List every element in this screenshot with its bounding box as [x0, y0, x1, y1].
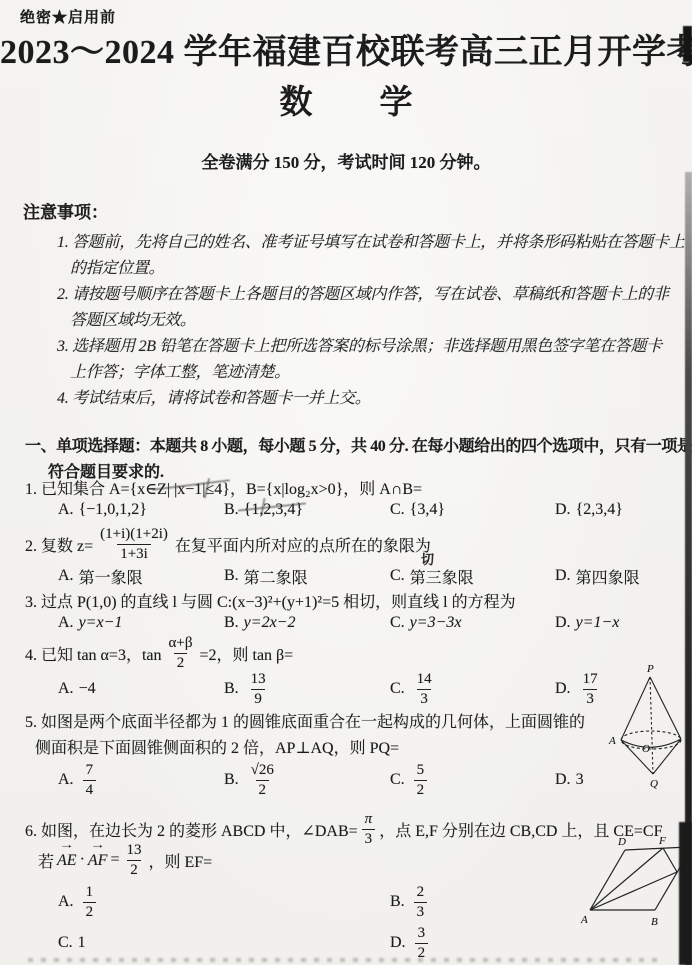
option-text: y=3−3x: [410, 614, 462, 632]
option-label: A.: [58, 771, 74, 789]
fraction: 132: [123, 842, 144, 878]
option-label: C.: [390, 501, 405, 519]
fraction: √262: [248, 762, 277, 798]
q4-option-c: C.143: [390, 666, 439, 712]
fraction: 143: [414, 671, 435, 707]
option-text: 第一象限: [79, 565, 143, 588]
q3-option-d: D.y=1−x: [555, 613, 619, 633]
vector-ae: →AE: [57, 850, 77, 870]
option-label: D.: [555, 614, 571, 632]
question-5-stem-line-1: 5. 如图是两个底面半径都为 1 的圆锥底面重合在一起构成的几何体，上面圆锥的: [25, 709, 585, 732]
fraction-denominator: 3: [362, 829, 376, 848]
figure-label-a: A: [608, 735, 616, 747]
segment-ae: [590, 872, 677, 910]
q5-option-d: D.3: [555, 756, 584, 804]
q5-option-a: A.74: [58, 756, 100, 804]
fraction-denominator: 1+3i: [117, 544, 151, 563]
axis-dashed: [650, 677, 653, 774]
option-label: A.: [58, 567, 74, 585]
fraction-numerator: π: [362, 811, 376, 829]
option-label: A.: [58, 614, 74, 632]
q1-option-c: C.{3,4}: [390, 500, 445, 520]
q6-option-a: A.12: [58, 882, 100, 922]
q5-option-c: C.52: [390, 756, 431, 804]
option-label: B.: [224, 771, 239, 789]
question-6-stem-line-2: 若 →AE · →AF = 132 ，则 EF=: [38, 840, 212, 880]
q5-option-b: B.√262: [224, 756, 281, 804]
fraction-denominator: 4: [83, 780, 97, 799]
q4-stem-prefix: 4. 已知 tan α=3，tan: [25, 642, 162, 665]
fraction-denominator: 2: [127, 860, 141, 879]
option-text: {3,4}: [410, 501, 445, 519]
vector-af: →AF: [88, 850, 108, 870]
option-label: D.: [390, 934, 406, 952]
exam-info: 全卷满分 150 分，考试时间 120 分钟。: [0, 148, 692, 173]
figure-label-f: F: [658, 835, 666, 847]
bicone-figure: P A O Q: [608, 662, 692, 790]
subject-title: 数学: [0, 76, 692, 123]
figure-label-p: P: [646, 663, 654, 675]
fraction-denominator: 2: [256, 780, 270, 799]
fraction-numerator: 17: [580, 671, 601, 689]
subject-char-2: 学: [380, 85, 413, 121]
fraction-denominator: 2: [414, 780, 428, 799]
exam-paper: 绝密★启用前 2023～2024 学年福建百校联考高三正月开学考 数学 全卷满分…: [0, 0, 692, 965]
vector-text: AF: [88, 852, 108, 869]
q4-option-b: B.139: [224, 666, 273, 712]
segment-af: [590, 848, 663, 910]
option-label: A.: [58, 501, 74, 519]
fraction: 12: [83, 884, 97, 920]
q6-option-c: C.1: [58, 924, 86, 962]
figure-label-d: D: [617, 836, 626, 848]
figure-label-o: O: [642, 743, 650, 755]
q6-stem-prefix: 6. 如图，在边长为 2 的菱形 ABCD 中，∠DAB=: [25, 818, 358, 841]
option-label: C.: [390, 680, 405, 698]
q6-line2-prefix: 若: [38, 849, 54, 872]
fraction-denominator: 3: [414, 902, 428, 921]
fraction: 52: [414, 762, 428, 798]
q4-option-d: D.173: [555, 666, 605, 712]
option-text: −4: [79, 680, 96, 698]
q6-line2-suffix: ，则 EF=: [148, 849, 212, 872]
option-text: y=2x−2: [244, 614, 296, 632]
question-5-stem-line-2: 侧面积是下面圆锥侧面积的 2 倍，AP⊥AQ，则 PQ=: [35, 735, 399, 758]
q4-stem-suffix: =2，则 tan β=: [199, 642, 293, 665]
cone-edge: [621, 677, 650, 740]
notice-heading: 注意事项：: [23, 198, 108, 223]
q6-option-d: D.32: [390, 924, 432, 962]
fraction-denominator: 3: [417, 689, 431, 708]
fraction-numerator: 13: [248, 671, 269, 689]
q3-option-a: A.y=x−1: [58, 613, 122, 633]
subject-char-1: 数: [280, 85, 313, 121]
option-label: A.: [58, 893, 74, 911]
option-text: {−1,0,1,2}: [79, 501, 147, 519]
question-2-stem: 2. 复数 z= (1+i)(1+2i)1+3i 在复平面内所对应的点所在的象限…: [25, 518, 431, 570]
option-label: D.: [555, 680, 571, 698]
question-5-options: A.74 B.√262 C.52 D.3: [0, 756, 692, 804]
option-label: C.: [390, 771, 405, 789]
q2-option-d: D.第四象限: [555, 566, 640, 586]
fraction: 32: [415, 925, 429, 961]
option-label: C.: [390, 567, 405, 585]
notice-item-2-line-2: 答题区域均无效。: [70, 307, 196, 330]
q2-option-b: B.第二象限: [224, 566, 308, 586]
fraction-numerator: 14: [414, 671, 435, 689]
exam-title: 2023～2024 学年福建百校联考高三正月开学考: [0, 24, 692, 73]
fraction-numerator: 7: [83, 762, 97, 780]
fraction-numerator: α+β: [166, 635, 196, 653]
q2-stem-suffix: 在复平面内所对应的点所在的象限为: [175, 533, 431, 556]
vector-text: AE: [57, 852, 77, 869]
notice-item-3-line-1: 3. 选择题用 2B 铅笔在答题卡上把所选答案的标号涂黑；非选择题用黑色签字笔在…: [57, 333, 662, 356]
cut-off-text-smudge: [28, 958, 658, 962]
scan-edge-artifact: [679, 822, 692, 965]
fraction-denominator: 9: [251, 689, 265, 708]
option-text: 第三象限: [410, 565, 474, 588]
option-text: 1: [78, 934, 86, 952]
base-circle-dashed: [621, 731, 681, 749]
q1-option-a: A.{−1,0,1,2}: [58, 500, 147, 520]
question-3-stem: 3. 过点 P(1,0) 的直线 l 与圆 C:(x−3)²+(y+1)²=5 …: [25, 589, 516, 612]
q4-option-a: A.−4: [58, 666, 96, 712]
fraction: 74: [83, 762, 97, 798]
q2-stem-prefix: 2. 复数 z=: [25, 533, 93, 556]
option-label: B.: [224, 614, 239, 632]
scan-edge-artifact: [683, 26, 692, 62]
notice-item-3-line-2: 上作答；字体工整，笔迹清楚。: [70, 359, 290, 382]
option-text: 3: [576, 771, 584, 789]
fraction-numerator: 3: [415, 925, 429, 943]
option-label: C.: [58, 934, 73, 952]
dot-operator: ·: [80, 851, 85, 869]
figure-label-a: A: [580, 914, 588, 926]
figure-label-b: B: [651, 916, 658, 928]
question-3-options: A.y=x−1 B.y=2x−2 C.y=3−3x D.y=1−x: [0, 613, 692, 633]
q3-option-b: B.y=2x−2: [224, 613, 295, 633]
option-label: B.: [224, 501, 239, 519]
fraction-numerator: (1+i)(1+2i): [97, 526, 171, 544]
q3-option-c: C.y=3−3x: [390, 613, 461, 633]
segment-fe: [663, 848, 677, 872]
option-text: 第四象限: [576, 565, 640, 588]
fraction-numerator: 5: [414, 762, 428, 780]
fraction-numerator: 1: [83, 884, 97, 902]
option-label: B.: [390, 893, 405, 911]
question-1-options: A.{−1,0,1,2} B.{1,2,3,4} C.{3,4} D.{2,3,…: [0, 500, 692, 520]
notice-item-2-line-1: 2. 请按题号顺序在答题卡上各题目的答题区域内作答，写在试卷、草稿纸和答题卡上的…: [57, 281, 669, 304]
notice-item-1-line-1: 1. 答题前，先将自己的姓名、准考证号填写在试卷和答题卡上，并将条形码粘贴在答题…: [57, 229, 684, 252]
fraction: 139: [248, 671, 269, 707]
equals-sign: =: [110, 851, 119, 869]
fraction: 23: [414, 884, 428, 920]
fraction-denominator: 3: [583, 689, 597, 708]
option-text: y=1−x: [576, 614, 620, 632]
fraction: 173: [580, 671, 601, 707]
question-2-options: A.第一象限 B.第二象限 C.第三象限 D.第四象限: [0, 566, 692, 586]
q2-option-a: A.第一象限: [58, 566, 143, 586]
option-label: D.: [555, 771, 571, 789]
rhombus-figure: D F E A B: [580, 835, 692, 930]
option-text: 第二象限: [244, 565, 308, 588]
option-label: C.: [390, 614, 405, 632]
option-label: D.: [555, 501, 571, 519]
option-label: D.: [555, 567, 571, 585]
fraction-numerator: 2: [414, 884, 428, 902]
fraction-denominator: 2: [83, 902, 97, 921]
question-4-options: A.−4 B.139 C.143 D.173: [0, 666, 692, 712]
q2-option-c: C.第三象限: [390, 566, 474, 586]
cone-edge: [650, 677, 681, 739]
notice-item-4: 4. 考试结束后，请将试卷和答题卡一并上交。: [57, 385, 370, 408]
side-ad: [590, 850, 625, 910]
figure-label-q: Q: [650, 778, 658, 790]
option-label: A.: [58, 680, 74, 698]
vector-arrow-icon: →: [52, 840, 81, 851]
vector-arrow-icon: →: [83, 840, 112, 851]
option-label: B.: [224, 567, 239, 585]
fraction-numerator: 13: [123, 842, 144, 860]
option-label: B.: [224, 680, 239, 698]
option-text: y=x−1: [79, 614, 123, 632]
q6-option-b: B.23: [390, 882, 431, 922]
notice-item-1-line-2: 的指定位置。: [70, 255, 164, 278]
fraction: π3: [362, 811, 376, 847]
fraction: (1+i)(1+2i)1+3i: [97, 526, 171, 562]
section-heading-line-1: 一、单项选择题：本题共 8 小题，每小题 5 分，共 40 分. 在每小题给出的…: [25, 433, 692, 456]
q1-option-d: D.{2,3,4}: [555, 500, 623, 520]
fraction-numerator: √26: [248, 762, 277, 780]
option-text: {2,3,4}: [576, 501, 623, 519]
